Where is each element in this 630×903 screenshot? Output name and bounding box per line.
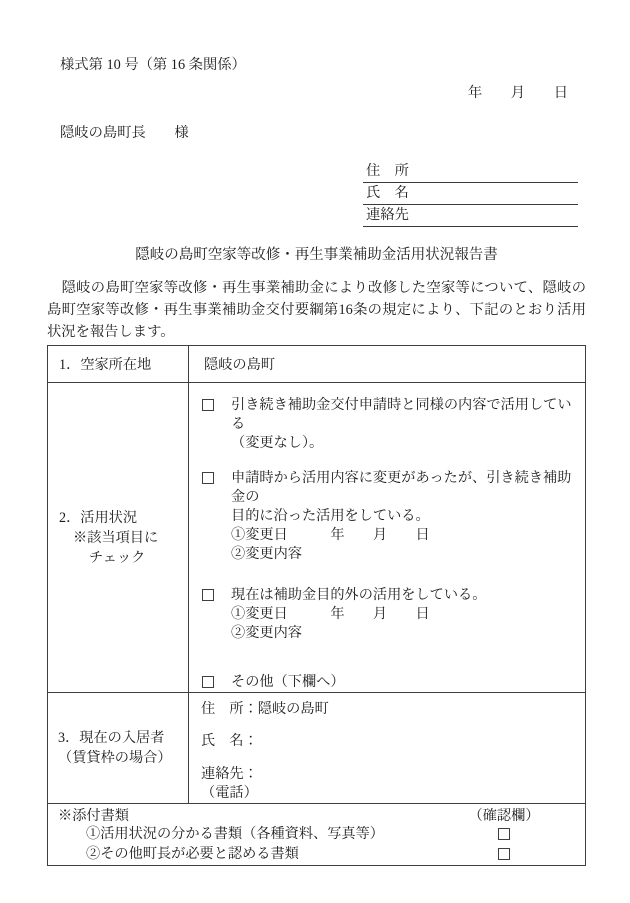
addressee: 隠岐の島町長 様 <box>60 124 586 143</box>
contact-field: 連絡先 <box>363 205 578 227</box>
resident-header-line2: （賃貸枠の場合） <box>58 748 188 768</box>
attachments-cell: ※添付書類 （確認欄） ①活用状況の分かる書類（各種資料、写真等） ②その他町長… <box>48 804 586 866</box>
checkbox-icon <box>498 848 510 860</box>
name-label: 氏 名 <box>366 185 409 201</box>
change-date-line: ①変更日 年 月 日 <box>231 605 577 624</box>
usage-row-header: 2．活用状況 ※該当項目に チェック <box>48 383 189 693</box>
usage-option-4-text: その他（下欄へ） <box>231 673 577 692</box>
option-text-line: 目的に沿った活用をしている。 <box>231 507 577 526</box>
attachment-item-2: ②その他町長が必要と認める書類 <box>58 845 459 863</box>
resident-details-cell: 住 所：隠岐の島町 氏 名： 連絡先： （電話） <box>189 693 586 804</box>
usage-option-3: 現在は補助金目的外の活用をしている。 ①変更日 年 月 日 ②変更内容 <box>201 586 577 643</box>
attachment-item-1-row: ①活用状況の分かる書類（各種資料、写真等） <box>58 825 585 845</box>
row-vacant-house-location: 1．空家所在地 隠岐の島町 <box>48 346 586 383</box>
usage-header-line3: チェック <box>89 548 188 568</box>
attachment-item-2-row: ②その他町長が必要と認める書類 <box>58 845 585 865</box>
resident-header-line1: 3．現在の入居者 <box>58 728 188 748</box>
applicant-address-block: 住 所 氏 名 連絡先 <box>363 161 578 227</box>
checkbox-icon <box>202 676 214 688</box>
attachment-item-1: ①活用状況の分かる書類（各種資料、写真等） <box>58 825 459 843</box>
location-row-value: 隠岐の島町 <box>189 346 586 383</box>
row-usage-status: 2．活用状況 ※該当項目に チェック 引き続き補助金交付申請時と同様の内容で活用… <box>48 383 586 693</box>
checkbox-icon <box>202 589 214 601</box>
attachments-header-row: ※添付書類 （確認欄） <box>58 807 585 825</box>
option-text-line: （変更なし）。 <box>231 434 577 453</box>
usage-option-3-text: 現在は補助金目的外の活用をしている。 ①変更日 年 月 日 ②変更内容 <box>231 586 577 643</box>
change-content-line: ②変更内容 <box>231 545 577 564</box>
check-column-label: （確認欄） <box>459 807 549 825</box>
option-text-line: その他（下欄へ） <box>231 673 577 692</box>
usage-option-1: 引き続き補助金交付申請時と同様の内容で活用している （変更なし）。 <box>201 396 577 453</box>
location-row-header: 1．空家所在地 <box>48 346 189 383</box>
attachments-label: ※添付書類 <box>58 807 459 825</box>
report-table: 1．空家所在地 隠岐の島町 2．活用状況 ※該当項目に チェック 引き続き補助金… <box>47 345 586 866</box>
usage-options-cell: 引き続き補助金交付申請時と同様の内容で活用している （変更なし）。 申請時から活… <box>189 383 586 693</box>
usage-header-line2: ※該当項目に <box>73 528 188 548</box>
option-text-line: 申請時から活用内容に変更があったが、引き続き補助金の <box>231 469 577 507</box>
resident-name: 氏 名： <box>201 732 577 751</box>
usage-option-4: その他（下欄へ） <box>201 673 577 692</box>
resident-address: 住 所：隠岐の島町 <box>201 700 577 719</box>
body-paragraph: 隠岐の島町空家等改修・再生事業補助金により改修した空家等について、隠岐の島町空家… <box>47 277 586 343</box>
address-label: 住 所 <box>366 163 409 179</box>
contact-label: 連絡先 <box>366 207 409 223</box>
usage-option-1-text: 引き続き補助金交付申請時と同様の内容で活用している （変更なし）。 <box>231 396 577 453</box>
change-content-line: ②変更内容 <box>231 624 577 643</box>
option-text-line: 引き続き補助金交付申請時と同様の内容で活用している <box>231 396 577 434</box>
usage-option-2-text: 申請時から活用内容に変更があったが、引き続き補助金の 目的に沿った活用をしている… <box>231 469 577 564</box>
checkbox-icon <box>498 828 510 840</box>
report-form-page: 様式第 10 号（第 16 条関係） 年 月 日 隠岐の島町長 様 住 所 氏 … <box>0 0 630 903</box>
address-field: 住 所 <box>363 161 578 183</box>
attachment-item-2-check <box>459 845 549 865</box>
resident-phone: （電話） <box>201 784 577 803</box>
resident-contact: 連絡先： <box>201 765 577 784</box>
form-number: 様式第 10 号（第 16 条関係） <box>60 56 586 75</box>
row-current-resident: 3．現在の入居者 （賃貸枠の場合） 住 所：隠岐の島町 氏 名： 連絡先： （電… <box>48 693 586 804</box>
usage-option-2: 申請時から活用内容に変更があったが、引き続き補助金の 目的に沿った活用をしている… <box>201 469 577 564</box>
name-field: 氏 名 <box>363 183 578 205</box>
row-attachments: ※添付書類 （確認欄） ①活用状況の分かる書類（各種資料、写真等） ②その他町長… <box>48 804 586 866</box>
attachment-item-1-check <box>459 825 549 845</box>
checkbox-icon <box>202 399 214 411</box>
usage-header-line1: 2．活用状況 <box>59 508 188 528</box>
date-line: 年 月 日 <box>47 84 568 103</box>
option-text-line: 現在は補助金目的外の活用をしている。 <box>231 586 577 605</box>
change-date-line: ①変更日 年 月 日 <box>231 526 577 545</box>
document-title: 隠岐の島町空家等改修・再生事業補助金活用状況報告書 <box>47 245 586 265</box>
resident-row-header: 3．現在の入居者 （賃貸枠の場合） <box>48 693 189 804</box>
checkbox-icon <box>202 472 214 484</box>
